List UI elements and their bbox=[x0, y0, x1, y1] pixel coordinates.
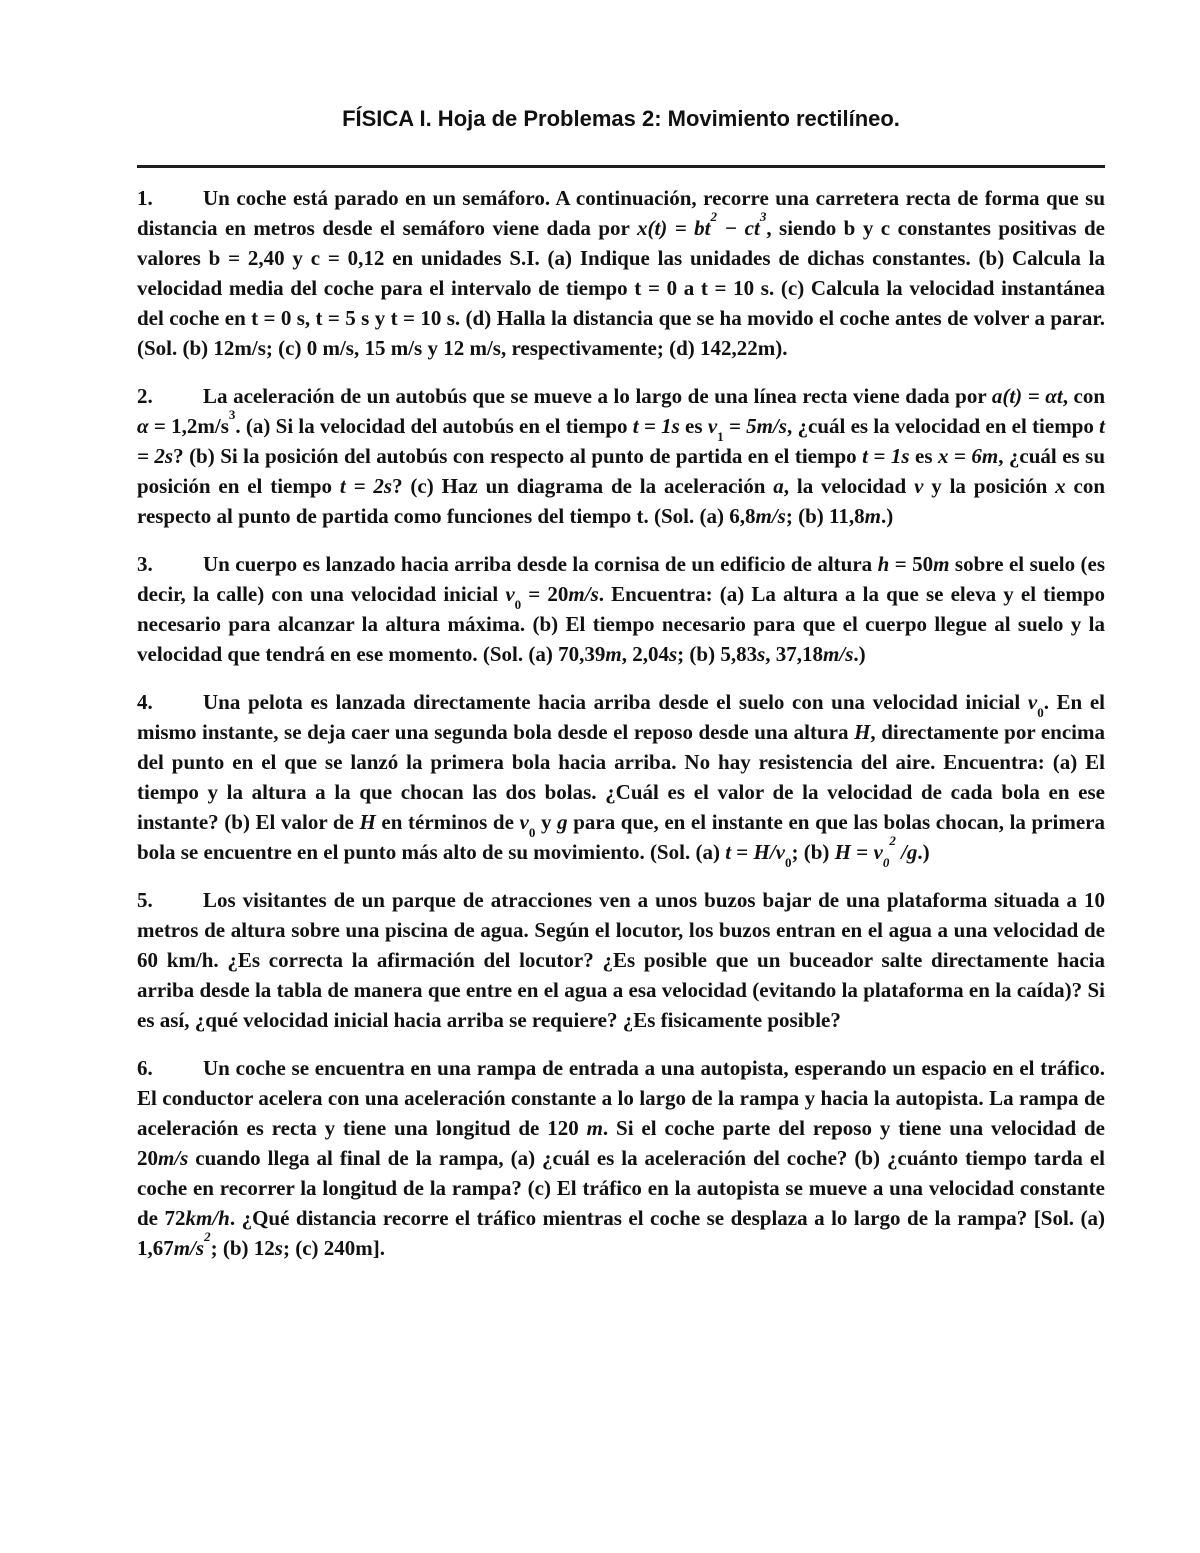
text-segment: 3 bbox=[229, 407, 236, 422]
math-segment: m/s bbox=[174, 1236, 204, 1260]
math-segment: v bbox=[505, 582, 514, 606]
math-segment: = 5m/s bbox=[724, 414, 787, 438]
problem-text: Un cuerpo es lanzado hacia arriba desde … bbox=[137, 552, 1105, 666]
math-segment: 2 bbox=[889, 833, 896, 848]
problem-paragraph: 2.La aceleración de un autobús que se mu… bbox=[137, 381, 1105, 531]
problem-number: 2. bbox=[137, 381, 203, 411]
math-segment: α bbox=[137, 414, 149, 438]
math-segment: x bbox=[1055, 474, 1066, 498]
text-segment: , con bbox=[1063, 384, 1105, 408]
problem-paragraph: 5.Los visitantes de un parque de atracci… bbox=[137, 885, 1105, 1035]
math-segment: 3 bbox=[760, 209, 767, 224]
problem-paragraph: 1.Un coche está parado en un semáforo. A… bbox=[137, 183, 1105, 363]
text-segment: = bbox=[851, 840, 873, 864]
text-segment: ; (b) 11,8 bbox=[786, 504, 865, 528]
text-segment: . (a) Si la velocidad del autobús en el … bbox=[235, 414, 632, 438]
math-segment: m bbox=[865, 504, 881, 528]
text-segment: Una pelota es lanzada directamente hacia… bbox=[203, 690, 1028, 714]
text-segment: La aceleración de un autobús que se muev… bbox=[203, 384, 992, 408]
text-segment: y bbox=[535, 810, 557, 834]
text-segment: , la velocidad bbox=[784, 474, 914, 498]
text-segment: Un cuerpo es lanzado hacia arriba desde … bbox=[203, 552, 878, 576]
text-segment: ; (b) bbox=[792, 840, 835, 864]
math-segment: m bbox=[933, 552, 949, 576]
math-segment: 2 bbox=[204, 1229, 211, 1244]
math-segment: H bbox=[835, 840, 851, 864]
math-segment: 0 bbox=[883, 855, 890, 870]
text-segment: es bbox=[910, 444, 938, 468]
math-segment: x = 6m bbox=[938, 444, 998, 468]
text-segment: , 37,18 bbox=[765, 642, 823, 666]
problem-number: 1. bbox=[137, 183, 203, 213]
math-segment: v bbox=[520, 810, 529, 834]
problem-number: 3. bbox=[137, 549, 203, 579]
text-segment: es bbox=[680, 414, 708, 438]
problem-number: 6. bbox=[137, 1053, 203, 1083]
math-segment: − ct bbox=[717, 216, 760, 240]
text-segment: .) bbox=[853, 642, 865, 666]
text-segment: , 2,04 bbox=[622, 642, 669, 666]
math-segment: m/s bbox=[756, 504, 786, 528]
math-segment: v bbox=[1028, 690, 1037, 714]
math-segment: t = 2s bbox=[340, 474, 392, 498]
math-segment: v bbox=[873, 840, 882, 864]
problem-text: La aceleración de un autobús que se muev… bbox=[137, 384, 1105, 528]
math-segment: s bbox=[669, 642, 677, 666]
math-segment: H bbox=[854, 720, 870, 744]
text-segment: 0 bbox=[529, 825, 536, 840]
math-segment: m bbox=[587, 1116, 603, 1140]
text-segment: y la posición bbox=[923, 474, 1055, 498]
math-segment: a(t) = αt bbox=[992, 384, 1063, 408]
text-segment: ? (c) Haz un diagrama de la aceleración bbox=[392, 474, 773, 498]
math-segment: m bbox=[605, 642, 621, 666]
math-segment: v bbox=[708, 414, 717, 438]
problem-text: Un coche se encuentra en una rampa de en… bbox=[137, 1056, 1105, 1260]
math-segment: H bbox=[359, 810, 375, 834]
math-segment: 2 bbox=[711, 209, 718, 224]
text-segment: ? (b) Si la posición del autobús con res… bbox=[173, 444, 862, 468]
page-title: FÍSICA I. Hoja de Problemas 2: Movimient… bbox=[137, 104, 1105, 134]
title-divider bbox=[137, 165, 1105, 168]
text-segment: = 20 bbox=[521, 582, 568, 606]
document-page: FÍSICA I. Hoja de Problemas 2: Movimient… bbox=[0, 0, 1200, 1553]
math-segment: H/v bbox=[754, 840, 786, 864]
text-segment: ; (b) 5,83 bbox=[677, 642, 757, 666]
math-segment: t = 1s bbox=[862, 444, 909, 468]
text-segment: .) bbox=[881, 504, 893, 528]
math-segment: a bbox=[773, 474, 784, 498]
text-segment: 0 bbox=[785, 855, 792, 870]
problem-paragraph: 4.Una pelota es lanzada directamente hac… bbox=[137, 687, 1105, 867]
math-segment: /g bbox=[896, 840, 918, 864]
text-segment: ; (c) 240m]. bbox=[283, 1236, 385, 1260]
text-segment: = 1,2m/s bbox=[149, 414, 229, 438]
text-segment: 0 bbox=[1037, 705, 1044, 720]
problem-paragraph: 3.Un cuerpo es lanzado hacia arriba desd… bbox=[137, 549, 1105, 669]
text-segment: .) bbox=[917, 840, 929, 864]
problem-text: Una pelota es lanzada directamente hacia… bbox=[137, 690, 1105, 864]
math-segment: m/s bbox=[823, 642, 853, 666]
text-segment: = bbox=[731, 840, 753, 864]
problem-number: 4. bbox=[137, 687, 203, 717]
text-segment: ; (b) 12 bbox=[211, 1236, 275, 1260]
text-segment: 0 bbox=[515, 597, 522, 612]
math-segment: m/s bbox=[568, 582, 598, 606]
text-segment: Los visitantes de un parque de atraccion… bbox=[137, 888, 1105, 1032]
problems-list: 1.Un coche está parado en un semáforo. A… bbox=[137, 183, 1105, 1263]
math-segment: h bbox=[878, 552, 890, 576]
math-segment: x(t) = bt bbox=[637, 216, 711, 240]
text-segment: 1 bbox=[717, 429, 724, 444]
problem-text: Los visitantes de un parque de atraccion… bbox=[137, 888, 1105, 1032]
math-segment: v bbox=[914, 474, 923, 498]
text-segment: , ¿cuál es la velocidad en el tiempo bbox=[787, 414, 1099, 438]
math-segment: km/h bbox=[185, 1206, 229, 1230]
math-segment: t = 1s bbox=[633, 414, 680, 438]
problem-paragraph: 6.Un coche se encuentra en una rampa de … bbox=[137, 1053, 1105, 1263]
math-segment: g bbox=[557, 810, 568, 834]
text-segment: = 50 bbox=[889, 552, 933, 576]
math-segment: m/s bbox=[158, 1146, 188, 1170]
problem-number: 5. bbox=[137, 885, 203, 915]
text-segment: en términos de bbox=[376, 810, 520, 834]
problem-text: Un coche está parado en un semáforo. A c… bbox=[137, 186, 1105, 360]
math-segment: s bbox=[275, 1236, 283, 1260]
